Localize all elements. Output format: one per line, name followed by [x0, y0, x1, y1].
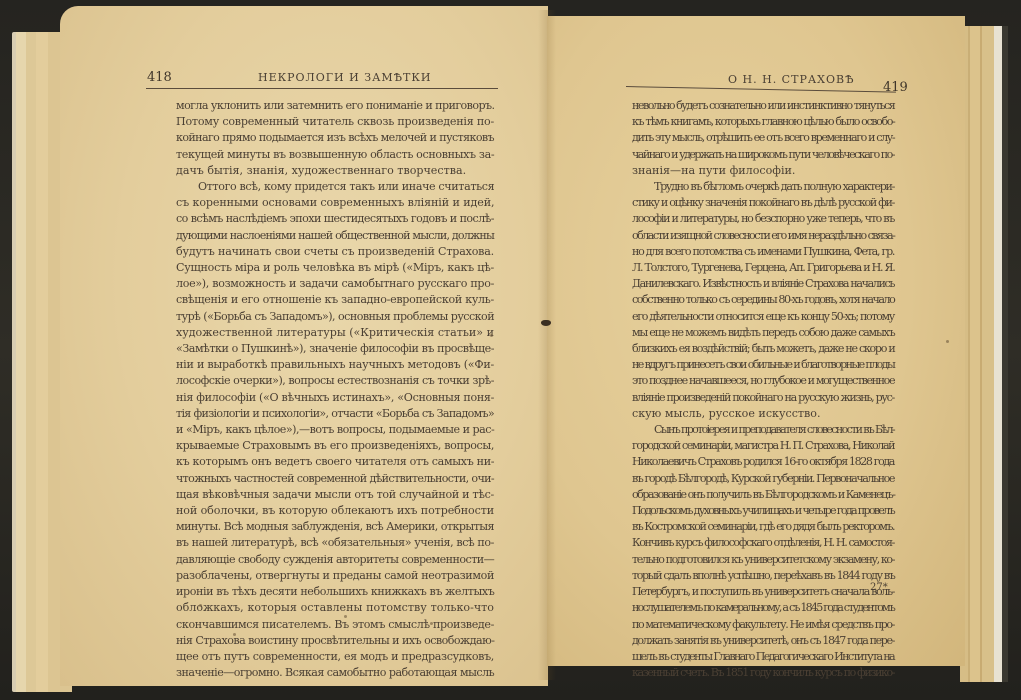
left-header-rule [146, 88, 498, 89]
text-line: щая вѣковѣчныя задачи мысли отъ той случ… [176, 487, 494, 503]
text-line: крываемые Страховымъ въ его произведенія… [176, 438, 494, 454]
text-line: Николаевичъ Страховъ родился 16-го октяб… [632, 454, 894, 470]
foxing-spot [344, 615, 347, 618]
text-line: къ которымъ онъ ведетъ своего читателя о… [176, 454, 494, 470]
text-line: казенный счетъ. Въ 1851 году кончилъ кур… [632, 665, 894, 681]
text-line: Сынъ протоіерея и преподавателя словесно… [632, 422, 894, 438]
text-line: съ коренными основами современныхъ влiян… [176, 195, 494, 211]
left-page-number: 418 [147, 70, 172, 85]
text-line: должать занятія въ университетѣ, онъ съ … [632, 633, 894, 649]
left-running-head: НЕКРОЛОГИ И ЗАМѢТКИ [258, 71, 431, 84]
text-line: давляющіе свободу сужденія авторитеты со… [176, 552, 494, 568]
text-line: къ тѣмъ книгамъ, которыхъ главною цѣлью … [632, 114, 894, 130]
text-line: знанія—на пути философіи. [632, 163, 894, 179]
text-line: дующими наслоеніями нашей общественной м… [176, 228, 494, 244]
text-line: художественной литературы («Критическія … [176, 325, 494, 341]
text-line: текущей минуты въ возвышенную область ос… [176, 147, 494, 163]
text-line: шелъ въ студенты Главнаго Педагогическаг… [632, 649, 894, 665]
text-line: ной оболочки, въ которую облекаютъ ихъ п… [176, 503, 494, 519]
text-line: дачъ бытія, знанія, художественнаго твор… [176, 163, 494, 179]
signature-mark: 27* [870, 582, 888, 593]
text-line: щее отъ путъ современности, ея модъ и пр… [176, 649, 494, 665]
right-page-number: 419 [883, 80, 908, 95]
text-line: стику и оцѣнку значенія покойнаго въ дѣл… [632, 195, 894, 211]
text-line: тельно подготовился къ университетскому … [632, 552, 894, 568]
foxing-spot [490, 334, 493, 337]
text-line: Подольскомъ духовныхъ училищахъ и четыре… [632, 503, 894, 519]
text-line: чтожныхъ частностей современной дѣйствит… [176, 471, 494, 487]
text-line: и «Міръ, какъ цѣлое»),—вотъ вопросы, под… [176, 422, 494, 438]
text-line: Данилевскаго. Извѣстность и вліяніе Стра… [632, 276, 894, 292]
text-line: лософскіе очерки»), вопросы естествознан… [176, 373, 494, 389]
text-line: ироніи въ тѣхъ десяти небольшихъ книжках… [176, 584, 494, 600]
text-line: минуты. Всѣ модныя заблужденія, всѣ Амер… [176, 519, 494, 535]
text-line: нія философіи («О вѣчныхъ истинахъ», «Ос… [176, 390, 494, 406]
text-line: близкихъ ея воздѣйствій; быть можетъ, да… [632, 341, 894, 357]
text-line: мы еще не можемъ видѣть передъ собою даж… [632, 325, 894, 341]
text-line: торый сдалъ вполнѣ успѣшно, переѣхавъ въ… [632, 568, 894, 584]
foxing-spot [651, 590, 654, 593]
text-line: Петербургъ, и поступилъ въ университетъ … [632, 584, 894, 600]
text-line: Трудно въ бѣгломъ очеркѣ дать полную хар… [632, 179, 894, 195]
text-line: ніи и выработкѣ правильныхъ научныхъ мет… [176, 357, 494, 373]
text-line: въ городѣ Бѣлгородѣ, Курской губерніи. П… [632, 471, 894, 487]
book-gutter [538, 10, 556, 680]
text-line: лософіи и литературы, но безспорно уже т… [632, 211, 894, 227]
gutter-mark [541, 320, 551, 326]
text-line: чайнаго и удержать на широкомъ пути чело… [632, 147, 894, 163]
text-line: городской семинаріи, магистра Н. П. Стра… [632, 438, 894, 454]
text-line: нія Страхова воистину просвѣтительны и и… [176, 633, 494, 649]
text-line: Л. Толстого, Тургенева, Герцена, Ап. Гри… [632, 260, 894, 276]
text-line: не вдругъ принесетъ свои обильные и благ… [632, 357, 894, 373]
text-line: это позднее начавшееся, но глубокое и мо… [632, 373, 894, 389]
text-line: будутъ начинать свои счеты съ произведен… [176, 244, 494, 260]
text-line: Оттого всѣ, кому придется такъ или иначе… [176, 179, 494, 195]
right-page-stack-edge [960, 26, 1008, 682]
right-page-body-text: невольно будетъ сознательно или инстинкт… [632, 98, 894, 681]
text-line: тія физіологіи и психологіи», отчасти «Б… [176, 406, 494, 422]
text-line: обложкахъ, которыя оставлены потомству т… [176, 600, 494, 616]
text-line: въ нашей литературѣ, всѣ «обязательныя» … [176, 535, 494, 551]
foxing-spot [233, 633, 236, 636]
text-line: образованіе онъ получилъ въ Бѣлгородском… [632, 487, 894, 503]
text-line: Потому современный читатель сквозь произ… [176, 114, 494, 130]
text-line: дить эту мысль, отрѣшить ее отъ всего вр… [632, 130, 894, 146]
text-line: свѣщенія и его отношеніе къ западно-евро… [176, 292, 494, 308]
text-line: турѣ («Борьба съ Западомъ»), основныя пр… [176, 309, 494, 325]
foxing-spot [199, 604, 202, 607]
text-line: со всѣмъ наслѣдіемъ эпохи шестидесятыхъ … [176, 211, 494, 227]
foxing-spot [946, 340, 949, 343]
text-line: по математическому факультету. Не имѣя с… [632, 617, 894, 633]
text-line: нослушателемъ по камеральному, а съ 1845… [632, 600, 894, 616]
foxing-spot [430, 622, 433, 625]
text-line: собственно только съ середины 80-хъ годо… [632, 292, 894, 308]
text-line: но для всего потомства съ именами Пушкин… [632, 244, 894, 260]
text-line: въ Костромской семинаріи, гдѣ его дядя б… [632, 519, 894, 535]
text-line: области изящной словесности его имя нера… [632, 228, 894, 244]
text-line: разоблачены, отвергнуты и преданы самой … [176, 568, 494, 584]
text-line: значеніе—огромно. Всякая самобытно работ… [176, 665, 494, 681]
left-page-body-text: могла уклонить или затемнить его пониман… [176, 98, 494, 681]
text-line: могла уклонить или затемнить его пониман… [176, 98, 494, 114]
text-line: вліяніе произведеній покойнаго на русску… [632, 390, 894, 406]
text-line: койнаго прямо подымается изъ всѣхъ мелоч… [176, 130, 494, 146]
right-running-head: О Н. Н. СТРАХОВѢ [728, 73, 854, 86]
text-line: скончавшимся писателемъ. Въ этомъ смыслѣ… [176, 617, 494, 633]
text-line: Кончивъ курсъ философскаго отдѣленія, Н.… [632, 535, 894, 551]
text-line: Сущность міра и роль человѣка въ мірѣ («… [176, 260, 494, 276]
text-line: невольно будетъ сознательно или инстинкт… [632, 98, 894, 114]
text-line: лое»), возможность и задачи самобытнаго … [176, 276, 494, 292]
text-line: скую мысль, русское искусство. [632, 406, 894, 422]
text-line: «Замѣтки о Пушкинѣ»), значеніе философіи… [176, 341, 494, 357]
text-line: его дѣятельности относится еще къ концу … [632, 309, 894, 325]
